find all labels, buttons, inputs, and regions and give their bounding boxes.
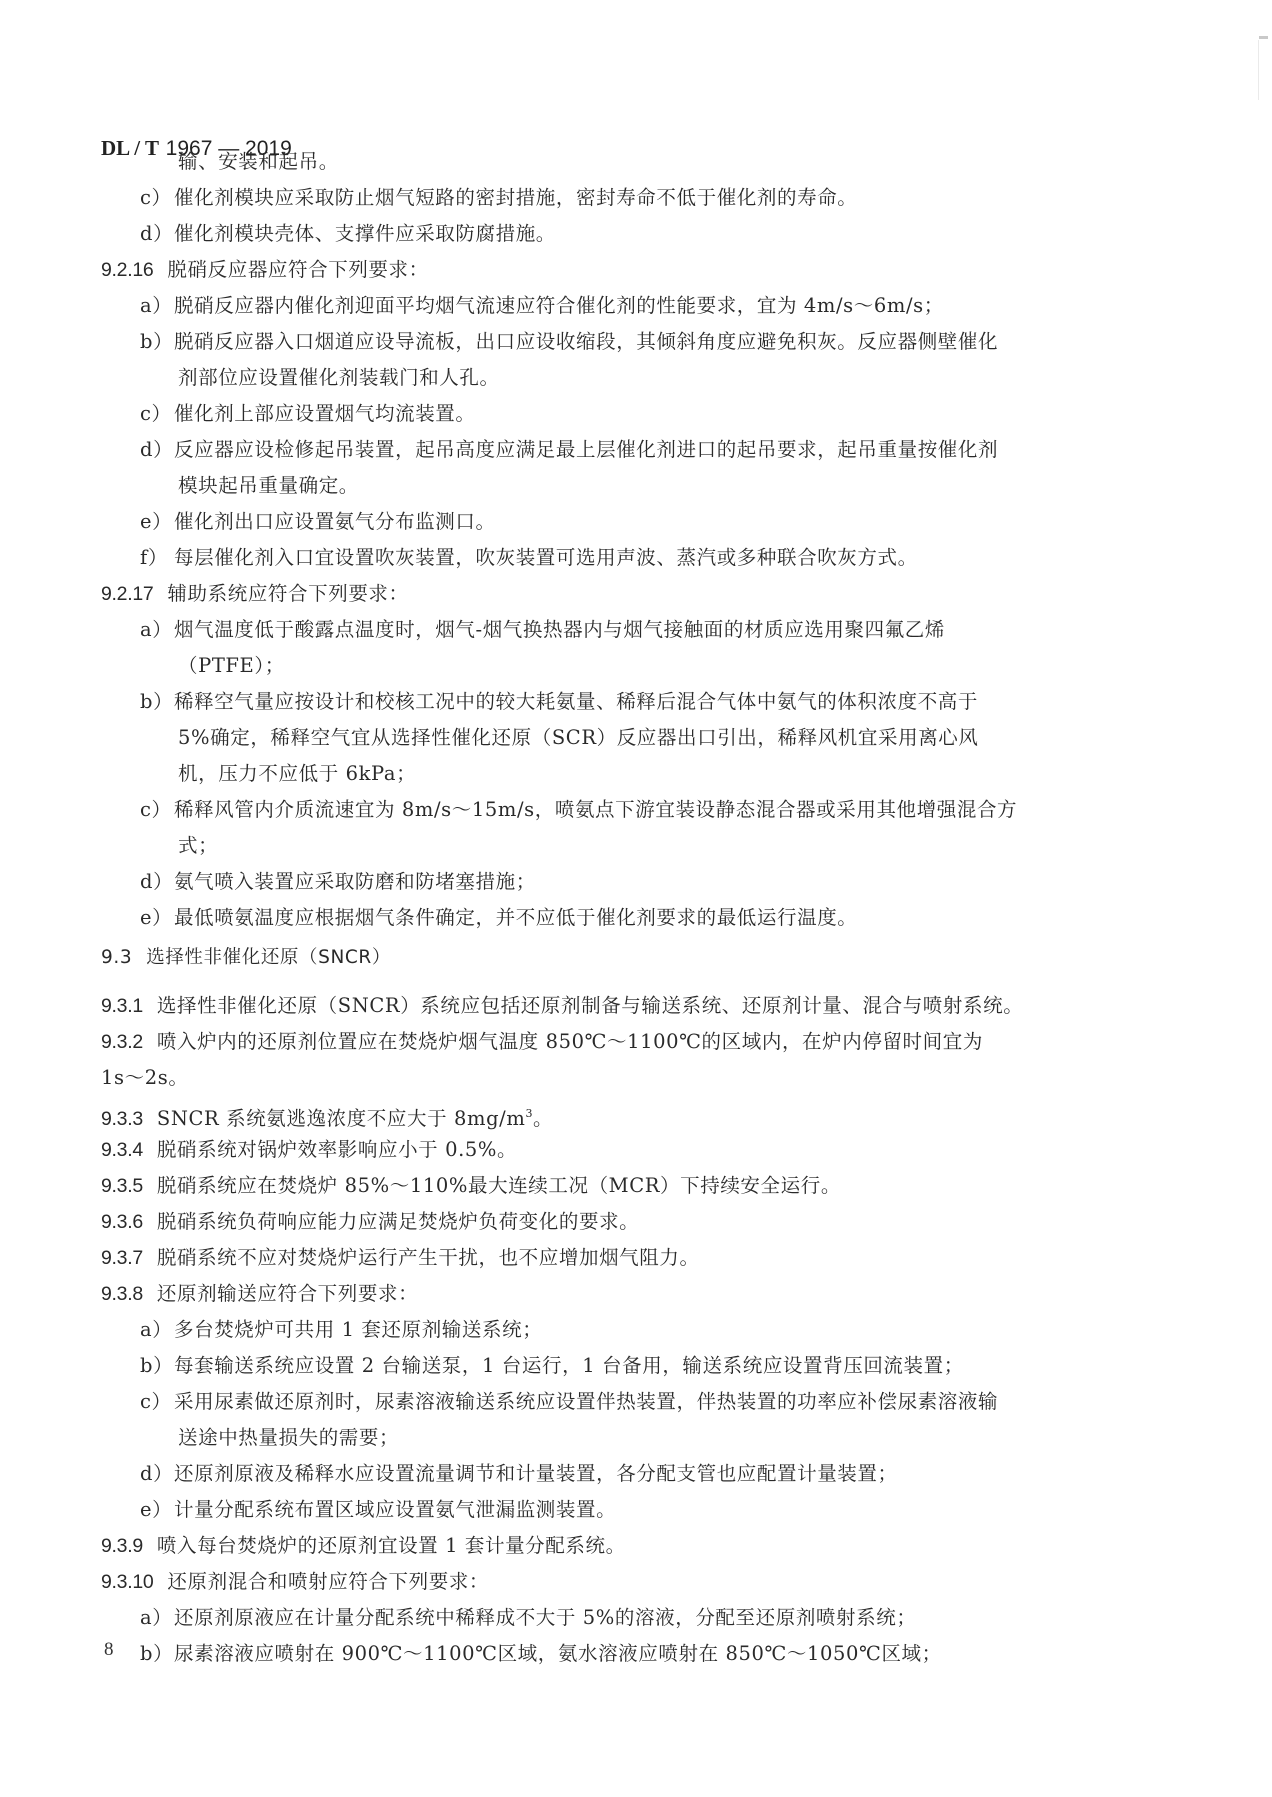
clause-line: 9.3.8还原剂输送应符合下列要求：: [101, 1281, 418, 1307]
line-text: 选择性非催化还原（SNCR）: [146, 947, 391, 968]
clause-number: 9.2.17: [101, 583, 153, 605]
continuation-line: 5%确定，稀释空气宜从选择性催化还原（SCR）反应器出口引出，稀释风机宜采用离心…: [178, 725, 979, 751]
list-marker: c）: [140, 401, 174, 427]
list-marker: a）: [140, 1317, 174, 1343]
line-text: 选择性非催化还原（SNCR）系统应包括还原剂制备与输送系统、还原剂计量、混合与喷…: [157, 994, 1023, 1017]
list-marker: e）: [140, 905, 174, 931]
list-item: e）最低喷氨温度应根据烟气条件确定，并不应低于催化剂要求的最低运行温度。: [140, 905, 857, 931]
standard-code: DL / T: [101, 136, 159, 160]
list-item: a）脱硝反应器内催化剂迎面平均烟气流速应符合催化剂的性能要求，宜为 4m/s～6…: [140, 293, 944, 319]
scan-corner-mark: [1259, 36, 1268, 39]
line-text: 1s～2s。: [101, 1066, 188, 1089]
clause-line: 9.3.2喷入炉内的还原剂位置应在焚烧炉烟气温度 850℃～1100℃的区域内，…: [101, 1029, 983, 1055]
line-text: 烟气温度低于酸露点温度时，烟气-烟气换热器内与烟气接触面的材质应选用聚四氟乙烯: [174, 618, 945, 641]
list-marker: d）: [140, 221, 174, 247]
line-text: 辅助系统应符合下列要求：: [167, 582, 408, 605]
clause-line: 9.3.1选择性非催化还原（SNCR）系统应包括还原剂制备与输送系统、还原剂计量…: [101, 993, 1023, 1019]
line-text: 催化剂出口应设置氨气分布监测口。: [174, 510, 496, 533]
line-text: 送途中热量损失的需要；: [178, 1426, 399, 1449]
list-marker: a）: [140, 1605, 174, 1631]
clause-number: 9.3.3: [101, 1108, 143, 1130]
line-text: 还原剂原液应在计量分配系统中稀释成不大于 5%的溶液，分配至还原剂喷射系统；: [174, 1606, 916, 1629]
clause-number: 9.3.9: [101, 1535, 143, 1557]
clause-number: 9.3.1: [101, 995, 143, 1017]
list-item: b）每套输送系统应设置 2 台输送泵，1 台运行，1 台备用，输送系统应设置背压…: [140, 1353, 964, 1379]
clause-number: 9.3.5: [101, 1175, 143, 1197]
list-marker: c）: [140, 185, 174, 211]
section-heading: 9.3选择性非催化还原（SNCR）: [101, 945, 391, 971]
list-marker: b）: [140, 1353, 174, 1379]
line-text: 还原剂原液及稀释水应设置流量调节和计量装置，各分配支管也应配置计量装置；: [174, 1462, 898, 1485]
clause-line: 9.3.6脱硝系统负荷响应能力应满足焚烧炉负荷变化的要求。: [101, 1209, 639, 1235]
line-text: 剂部位应设置催化剂装载门和人孔。: [178, 366, 500, 389]
clause-line: 9.3.5脱硝系统应在焚烧炉 85%～110%最大连续工况（MCR）下持续安全运…: [101, 1173, 841, 1199]
line-text: 脱硝系统应在焚烧炉 85%～110%最大连续工况（MCR）下持续安全运行。: [157, 1174, 841, 1197]
list-item: a）多台焚烧炉可共用 1 套还原剂输送系统；: [140, 1317, 542, 1343]
line-text: 输、安装和起吊。: [178, 150, 339, 173]
list-item: c）稀释风管内介质流速宜为 8m/s～15m/s，喷氨点下游宜装设静态混合器或采…: [140, 797, 1017, 823]
line-text: 机，压力不应低于 6kPa；: [178, 762, 416, 785]
clause-number: 9.3.6: [101, 1211, 143, 1233]
continuation-line: 剂部位应设置催化剂装载门和人孔。: [178, 365, 500, 391]
line-text: 多台焚烧炉可共用 1 套还原剂输送系统；: [174, 1318, 542, 1341]
clause-number: 9.3.4: [101, 1139, 143, 1161]
line-text: 喷入每台焚烧炉的还原剂宜设置 1 套计量分配系统。: [157, 1534, 626, 1557]
line-tail: 。: [533, 1107, 553, 1130]
list-item: b）尿素溶液应喷射在 900℃～1100℃区域，氨水溶液应喷射在 850℃～10…: [140, 1641, 942, 1667]
continuation-line: 输、安装和起吊。: [178, 149, 339, 175]
line-text: 脱硝反应器内催化剂迎面平均烟气流速应符合催化剂的性能要求，宜为 4m/s～6m/…: [174, 294, 944, 317]
clause-number: 9.3.8: [101, 1283, 143, 1305]
line-text: 式；: [178, 834, 218, 857]
line-text: 每层催化剂入口宜设置吹灰装置，吹灰装置可选用声波、蒸汽或多种联合吹灰方式。: [174, 546, 918, 569]
list-item: a）还原剂原液应在计量分配系统中稀释成不大于 5%的溶液，分配至还原剂喷射系统；: [140, 1605, 916, 1631]
line-text: SNCR 系统氨逃逸浓度不应大于 8mg/m: [157, 1107, 526, 1130]
list-marker: d）: [140, 869, 174, 895]
line-text: 稀释风管内介质流速宜为 8m/s～15m/s，喷氨点下游宜装设静态混合器或采用其…: [174, 798, 1017, 821]
continuation-line: （PTFE）；: [178, 653, 285, 679]
line-text: 脱硝反应器应符合下列要求：: [167, 258, 428, 281]
list-item: d）催化剂模块壳体、支撑件应采取防腐措施。: [140, 221, 556, 247]
clause-number: 9.3.2: [101, 1031, 143, 1053]
list-marker: f）: [140, 545, 174, 571]
list-marker: a）: [140, 617, 174, 643]
line-text: 还原剂输送应符合下列要求：: [157, 1282, 418, 1305]
line-text: 脱硝反应器入口烟道应设导流板，出口应设收缩段，其倾斜角度应避免积灰。反应器侧壁催…: [174, 330, 998, 353]
list-item: b）脱硝反应器入口烟道应设导流板，出口应设收缩段，其倾斜角度应避免积灰。反应器侧…: [140, 329, 998, 355]
list-item: d）还原剂原液及稀释水应设置流量调节和计量装置，各分配支管也应配置计量装置；: [140, 1461, 898, 1487]
list-item: a）烟气温度低于酸露点温度时，烟气-烟气换热器内与烟气接触面的材质应选用聚四氟乙…: [140, 617, 945, 643]
line-text: 催化剂上部应设置烟气均流装置。: [174, 402, 476, 425]
clause-number: 9.3.7: [101, 1247, 143, 1269]
line-text: 采用尿素做还原剂时，尿素溶液输送系统应设置伴热装置，伴热装置的功率应补偿尿素溶液…: [174, 1390, 998, 1413]
continuation-line: 送途中热量损失的需要；: [178, 1425, 399, 1451]
list-item: e）计量分配系统布置区域应设置氨气泄漏监测装置。: [140, 1497, 616, 1523]
list-marker: a）: [140, 293, 174, 319]
line-text: 稀释空气量应按设计和校核工况中的较大耗氨量、稀释后混合气体中氨气的体积浓度不高于: [174, 690, 978, 713]
scan-edge-line: [1258, 40, 1259, 100]
line-text: （PTFE）；: [178, 654, 285, 677]
list-item: c）采用尿素做还原剂时，尿素溶液输送系统应设置伴热装置，伴热装置的功率应补偿尿素…: [140, 1389, 998, 1415]
list-marker: b）: [140, 1641, 174, 1667]
clause-number: 9.3.10: [101, 1571, 153, 1593]
superscript: 3: [525, 1107, 533, 1120]
continuation-line: 式；: [178, 833, 218, 859]
line-text: 尿素溶液应喷射在 900℃～1100℃区域，氨水溶液应喷射在 850℃～1050…: [174, 1642, 942, 1665]
list-item: b）稀释空气量应按设计和校核工况中的较大耗氨量、稀释后混合气体中氨气的体积浓度不…: [140, 689, 978, 715]
line-text: 还原剂混合和喷射应符合下列要求：: [167, 1570, 489, 1593]
clause-line: 9.2.17辅助系统应符合下列要求：: [101, 581, 409, 607]
document-page: DL / T 1967 — 2019 输、安装和起吊。c）催化剂模块应采取防止烟…: [0, 0, 1272, 1797]
list-marker: c）: [140, 1389, 174, 1415]
clause-line: 9.3.7脱硝系统不应对焚烧炉运行产生干扰，也不应增加烟气阻力。: [101, 1245, 700, 1271]
continuation-line: 模块起吊重量确定。: [178, 473, 359, 499]
line-text: 喷入炉内的还原剂位置应在焚烧炉烟气温度 850℃～1100℃的区域内，在炉内停留…: [157, 1030, 983, 1053]
line-text: 脱硝系统不应对焚烧炉运行产生干扰，也不应增加烟气阻力。: [157, 1246, 700, 1269]
list-marker: e）: [140, 1497, 174, 1523]
clause-line: 9.3.4脱硝系统对锅炉效率影响应小于 0.5%。: [101, 1137, 517, 1163]
list-item: c）催化剂模块应采取防止烟气短路的密封措施，密封寿命不低于催化剂的寿命。: [140, 185, 857, 211]
clause-number: 9.2.16: [101, 259, 153, 281]
list-item: d）氨气喷入装置应采取防磨和防堵塞措施；: [140, 869, 536, 895]
list-marker: d）: [140, 1461, 174, 1487]
clause-line: 9.2.16脱硝反应器应符合下列要求：: [101, 257, 429, 283]
list-marker: b）: [140, 689, 174, 715]
line-text: 催化剂模块壳体、支撑件应采取防腐措施。: [174, 222, 556, 245]
list-item: c）催化剂上部应设置烟气均流装置。: [140, 401, 476, 427]
list-marker: e）: [140, 509, 174, 535]
line-text: 模块起吊重量确定。: [178, 474, 359, 497]
line-text: 计量分配系统布置区域应设置氨气泄漏监测装置。: [174, 1498, 616, 1521]
line-text: 最低喷氨温度应根据烟气条件确定，并不应低于催化剂要求的最低运行温度。: [174, 906, 857, 929]
line-text: 脱硝系统对锅炉效率影响应小于 0.5%。: [157, 1138, 517, 1161]
list-item: d）反应器应设检修起吊装置，起吊高度应满足最上层催化剂进口的起吊要求，起吊重量按…: [140, 437, 998, 463]
list-item: f）每层催化剂入口宜设置吹灰装置，吹灰装置可选用声波、蒸汽或多种联合吹灰方式。: [140, 545, 918, 571]
line-text: 反应器应设检修起吊装置，起吊高度应满足最上层催化剂进口的起吊要求，起吊重量按催化…: [174, 438, 998, 461]
line-text: 催化剂模块应采取防止烟气短路的密封措施，密封寿命不低于催化剂的寿命。: [174, 186, 857, 209]
clause-line: 9.3.9喷入每台焚烧炉的还原剂宜设置 1 套计量分配系统。: [101, 1533, 626, 1559]
continuation-line: 机，压力不应低于 6kPa；: [178, 761, 416, 787]
line-text: 每套输送系统应设置 2 台输送泵，1 台运行，1 台备用，输送系统应设置背压回流…: [174, 1354, 964, 1377]
line-text: 脱硝系统负荷响应能力应满足焚烧炉负荷变化的要求。: [157, 1210, 639, 1233]
list-marker: c）: [140, 797, 174, 823]
clause-line: 9.3.10还原剂混合和喷射应符合下列要求：: [101, 1569, 489, 1595]
list-marker: b）: [140, 329, 174, 355]
line-text: 5%确定，稀释空气宜从选择性催化还原（SCR）反应器出口引出，稀释风机宜采用离心…: [178, 726, 979, 749]
section-number: 9.3: [101, 947, 132, 968]
list-item: e）催化剂出口应设置氨气分布监测口。: [140, 509, 496, 535]
continuation-line: 1s～2s。: [101, 1065, 188, 1091]
clause-line: 9.3.3SNCR 系统氨逃逸浓度不应大于 8mg/m3。: [101, 1101, 553, 1132]
list-marker: d）: [140, 437, 174, 463]
page-number: 8: [104, 1639, 114, 1661]
line-text: 氨气喷入装置应采取防磨和防堵塞措施；: [174, 870, 536, 893]
